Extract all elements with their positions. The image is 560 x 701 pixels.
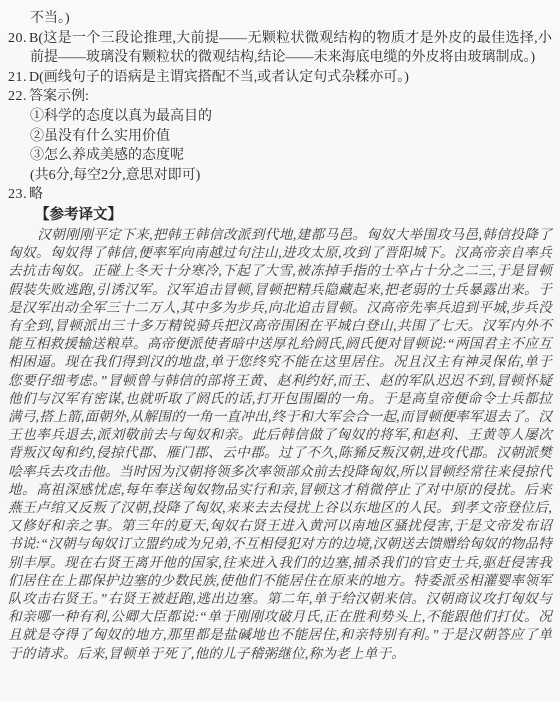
answer-22-sub-1: ①科学的态度以真为最高目的 (30, 107, 552, 127)
answer-21-number: 21. (8, 70, 29, 85)
answer-item-21: 21.D(画线句子的语病是主谓宾搭配不当,或者认定句式杂糅亦可。) (8, 68, 552, 88)
answer-item-20: 20.B(这是一个三段论推理,大前提——无颗粒状微观结构的物质才是外皮的最佳选择… (8, 29, 552, 68)
answer-21-text: D(画线句子的语病是主谓宾搭配不当,或者认定句式杂糅亦可。) (29, 70, 409, 85)
answer-23-text: 略 (29, 187, 43, 202)
answer-22-number: 22. (8, 89, 29, 104)
reference-translation-paragraph: 汉朝刚刚平定下来,把韩王韩信改派到代地,建都马邑。匈奴大举围攻马邑,韩信投降了匈… (8, 226, 552, 663)
answer-22-sub-3: ③怎么养成美感的态度呢 (30, 146, 552, 166)
answer-item-22: 22.答案示例: (8, 87, 552, 107)
reference-translation-heading: 【参考译文】 (35, 205, 552, 226)
answer-22-label: 答案示例: (29, 89, 89, 104)
answer-20-number: 20. (8, 31, 29, 46)
answer-22-sub-2: ②虽没有什么实用价值 (30, 127, 552, 147)
answer-20-text: B(这是一个三段论推理,大前提——无颗粒状微观结构的物质才是外皮的最佳选择,小前… (29, 31, 552, 66)
answer-item-23: 23.略 (8, 185, 552, 205)
answer-19-carryover-line: 不当。) (30, 9, 552, 29)
answer-key-page: 不当。) 20.B(这是一个三段论推理,大前提——无颗粒状微观结构的物质才是外皮… (0, 0, 560, 701)
answer-23-number: 23. (8, 187, 29, 202)
answer-section: 不当。) 20.B(这是一个三段论推理,大前提——无颗粒状微观结构的物质才是外皮… (8, 9, 552, 205)
answer-22-scoring-note: (共6分,每空2分,意思对即可) (30, 166, 552, 186)
